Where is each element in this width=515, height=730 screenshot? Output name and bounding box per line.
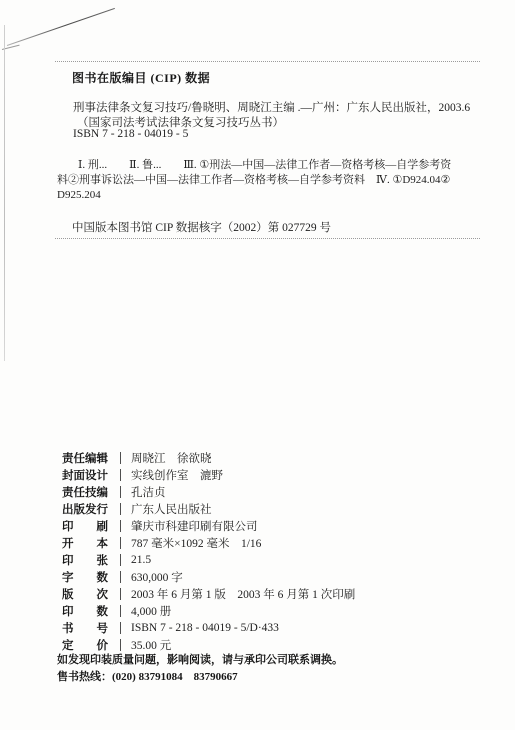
- publication-row: 印 数4,000 册: [62, 602, 355, 619]
- cip-heading: 图书在版编目 (CIP) 数据: [72, 69, 210, 86]
- field-label: 字 数: [62, 569, 112, 585]
- label-value-divider: [120, 486, 121, 498]
- publication-row: 印 刷肇庆市科建印刷有限公司: [62, 517, 355, 534]
- cip-title-line: 刑事法律条文复习技巧/鲁晓明、周晓江主编 .—广州：广东人民出版社，2003.6: [73, 99, 470, 115]
- label-value-divider: [120, 452, 121, 464]
- field-value: 实线创作室 漉野: [131, 467, 223, 483]
- publication-row: 封面设计实线创作室 漉野: [62, 466, 355, 483]
- dotted-divider-top: [55, 61, 480, 62]
- field-label: 责任技编: [62, 484, 112, 500]
- dotted-divider-bottom: [55, 238, 480, 239]
- field-value: 4,000 册: [131, 603, 171, 619]
- field-label: 印 张: [62, 552, 112, 568]
- publication-row: 印 张21.5: [62, 551, 355, 568]
- cip-classification-block: Ⅰ. 刑... Ⅱ. 鲁... Ⅲ. ①刑法—中国—法律工作者—资格考核—自学参…: [57, 158, 451, 203]
- field-label: 印 数: [62, 603, 112, 619]
- publication-row: 版 次2003 年 6 月第 1 版 2003 年 6 月第 1 次印刷: [62, 585, 355, 602]
- label-value-divider: [120, 639, 121, 651]
- publication-row: 责任编辑周晓江 徐欲晓: [62, 449, 355, 466]
- label-value-divider: [120, 571, 121, 583]
- cip-classification-line: D925.204: [57, 188, 451, 203]
- label-value-divider: [120, 469, 121, 481]
- book-copyright-page: 图书在版编目 (CIP) 数据 刑事法律条文复习技巧/鲁晓明、周晓江主编 .—广…: [0, 0, 515, 730]
- field-value: 787 毫米×1092 毫米 1/16: [131, 535, 261, 551]
- cip-classification-line: 料②刑事诉讼法—中国—法律工作者—资格考核—自学参考资料 Ⅳ. ①D924.04…: [57, 173, 451, 188]
- label-value-divider: [120, 503, 121, 515]
- cip-record-number-line: 中国版本图书馆 CIP 数据核字（2002）第 027729 号: [72, 219, 331, 235]
- scan-scratch-mark: [7, 8, 115, 46]
- label-value-divider: [120, 554, 121, 566]
- field-value: ISBN 7 - 218 - 04019 - 5/D·433: [131, 622, 279, 634]
- field-value: 肇庆市科建印刷有限公司: [131, 518, 258, 534]
- field-label: 出版发行: [62, 501, 112, 517]
- cip-classification-line: Ⅰ. 刑... Ⅱ. 鲁... Ⅲ. ①刑法—中国—法律工作者—资格考核—自学参…: [57, 158, 451, 173]
- sales-hotline: 售书热线：(020) 83791084 83790667: [57, 668, 238, 684]
- field-label: 责任编辑: [62, 450, 112, 466]
- publication-row: 开 本787 毫米×1092 毫米 1/16: [62, 534, 355, 551]
- field-value: 630,000 字: [131, 569, 183, 585]
- publication-row: 书 号ISBN 7 - 218 - 04019 - 5/D·433: [62, 619, 355, 636]
- cip-isbn-line: ISBN 7 - 218 - 04019 - 5: [73, 128, 188, 140]
- field-value: 21.5: [131, 554, 151, 566]
- field-label: 开 本: [62, 535, 112, 551]
- publication-row: 出版发行广东人民出版社: [62, 500, 355, 517]
- scanned-page-edge-line: [4, 25, 5, 361]
- field-value: 周晓江 徐欲晓: [131, 450, 212, 466]
- label-value-divider: [120, 537, 121, 549]
- field-label: 版 次: [62, 586, 112, 602]
- field-value: 广东人民出版社: [131, 501, 212, 517]
- field-value: 2003 年 6 月第 1 版 2003 年 6 月第 1 次印刷: [131, 586, 355, 602]
- publication-row: 责任技编孔洁贞: [62, 483, 355, 500]
- label-value-divider: [120, 588, 121, 600]
- print-quality-notice: 如发现印装质量问题，影响阅读，请与承印公司联系调换。: [57, 651, 343, 667]
- label-value-divider: [120, 605, 121, 617]
- field-value: 孔洁贞: [131, 484, 166, 500]
- field-label: 书 号: [62, 620, 112, 636]
- field-label: 印 刷: [62, 518, 112, 534]
- publication-info: 责任编辑周晓江 徐欲晓封面设计实线创作室 漉野责任技编孔洁贞出版发行广东人民出版…: [62, 449, 355, 653]
- publication-row: 字 数630,000 字: [62, 568, 355, 585]
- label-value-divider: [120, 520, 121, 532]
- field-label: 封面设计: [62, 467, 112, 483]
- label-value-divider: [120, 622, 121, 634]
